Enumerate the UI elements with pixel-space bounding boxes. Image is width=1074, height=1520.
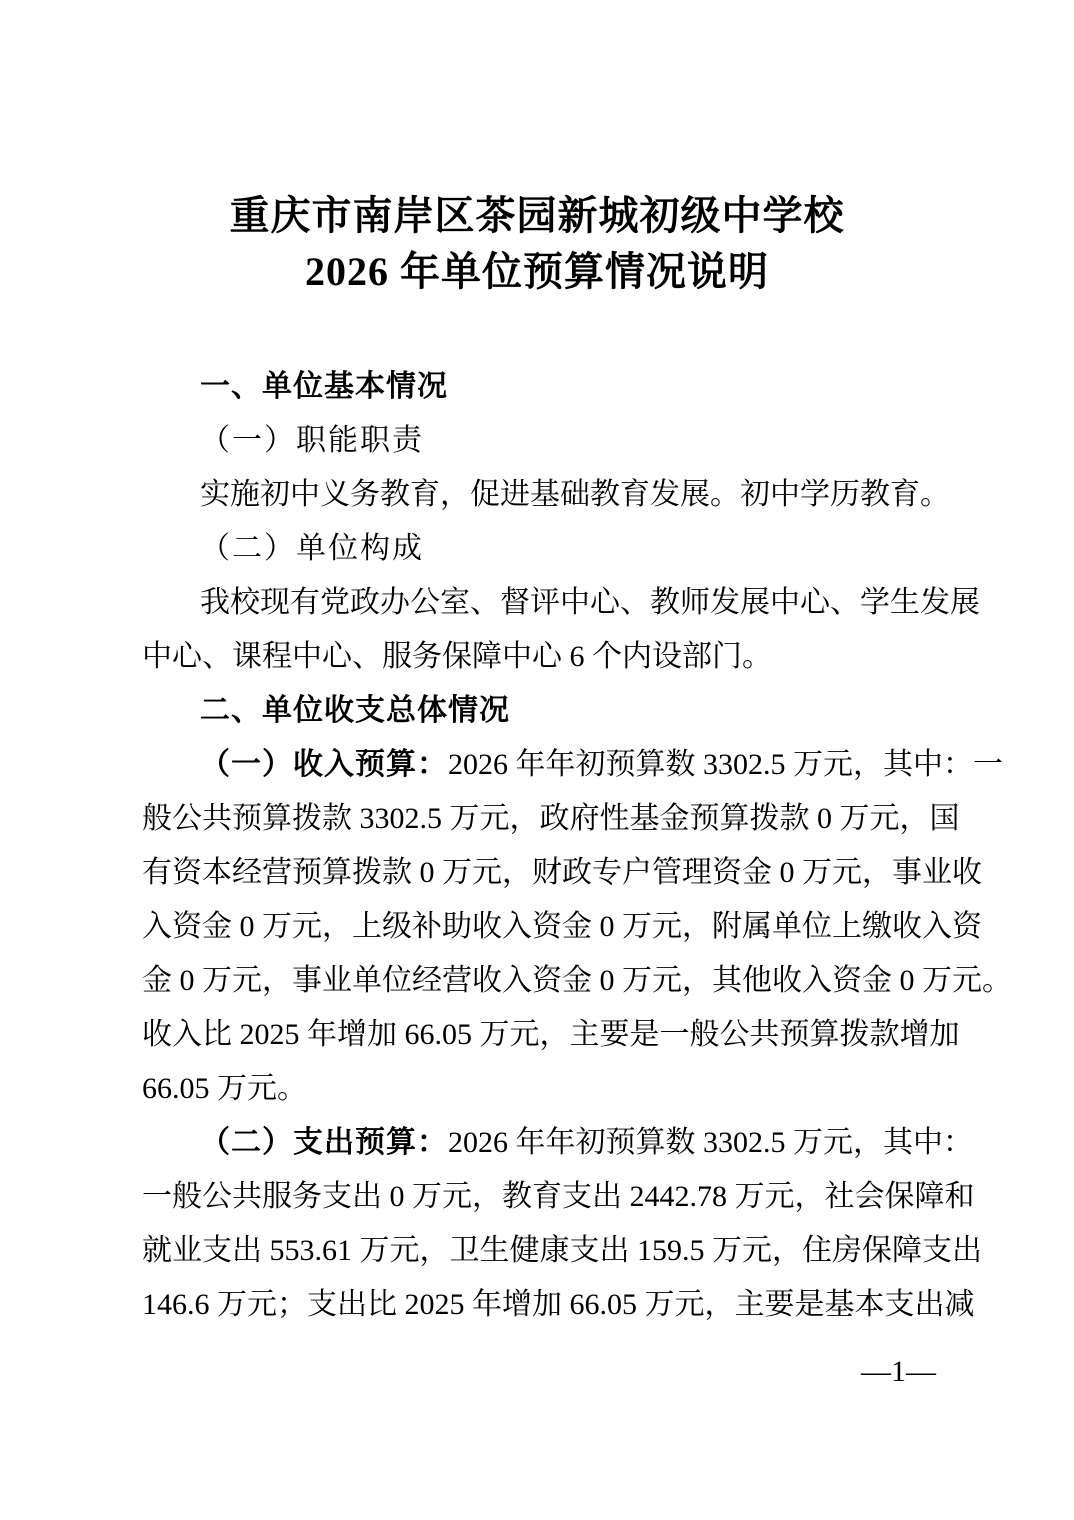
income-line2: 般公共预算拨款 3302.5 万元，政府性基金预算拨款 0 万元，国 <box>142 792 942 846</box>
section1-heading: 一、单位基本情况 <box>142 360 942 414</box>
section1-para2-line1: 我校现有党政办公室、督评中心、教师发展中心、学生发展 <box>142 576 942 630</box>
document-title-line2: 2026 年单位预算情况说明 <box>0 244 1074 300</box>
document-title: 重庆市南岸区茶园新城初级中学校 2026 年单位预算情况说明 <box>0 188 1074 300</box>
section2-heading: 二、单位收支总体情况 <box>142 684 942 738</box>
section1-para2-line2: 中心、课程中心、服务保障中心 6 个内设部门。 <box>142 630 942 684</box>
document-body: 一、单位基本情况 （一）职能职责 实施初中义务教育，促进基础教育发展。初中学历教… <box>142 360 942 1332</box>
section1-para1: 实施初中义务教育，促进基础教育发展。初中学历教育。 <box>142 468 942 522</box>
income-line1-rest: 2026 年年初预算数 3302.5 万元，其中：一 <box>448 748 1003 781</box>
expenditure-line1: （二）支出预算：2026 年年初预算数 3302.5 万元，其中： <box>142 1116 942 1170</box>
section1-sub1: （一）职能职责 <box>142 414 942 468</box>
income-line1: （一）收入预算：2026 年年初预算数 3302.5 万元，其中：一 <box>142 738 942 792</box>
expenditure-line2: 一般公共服务支出 0 万元，教育支出 2442.78 万元，社会保障和 <box>142 1170 942 1224</box>
expenditure-line1-rest: 2026 年年初预算数 3302.5 万元，其中： <box>448 1126 973 1159</box>
income-label: （一）收入预算： <box>200 748 448 781</box>
expenditure-line3: 就业支出 553.61 万元，卫生健康支出 159.5 万元，住房保障支出 <box>142 1224 942 1278</box>
income-line3: 有资本经营预算拨款 0 万元，财政专户管理资金 0 万元，事业收 <box>142 846 942 900</box>
budget-document-page: 重庆市南岸区茶园新城初级中学校 2026 年单位预算情况说明 一、单位基本情况 … <box>0 0 1074 1520</box>
document-title-line1: 重庆市南岸区茶园新城初级中学校 <box>0 188 1074 244</box>
income-line6: 收入比 2025 年增加 66.05 万元，主要是一般公共预算拨款增加 <box>142 1008 942 1062</box>
page-number: —1— <box>861 1352 936 1392</box>
section1-sub2: （二）单位构成 <box>142 522 942 576</box>
expenditure-label: （二）支出预算： <box>200 1126 448 1159</box>
income-line7: 66.05 万元。 <box>142 1062 942 1116</box>
income-line5: 金 0 万元，事业单位经营收入资金 0 万元，其他收入资金 0 万元。 <box>142 954 942 1008</box>
expenditure-line4: 146.6 万元；支出比 2025 年增加 66.05 万元，主要是基本支出减 <box>142 1278 942 1332</box>
income-line4: 入资金 0 万元，上级补助收入资金 0 万元，附属单位上缴收入资 <box>142 900 942 954</box>
